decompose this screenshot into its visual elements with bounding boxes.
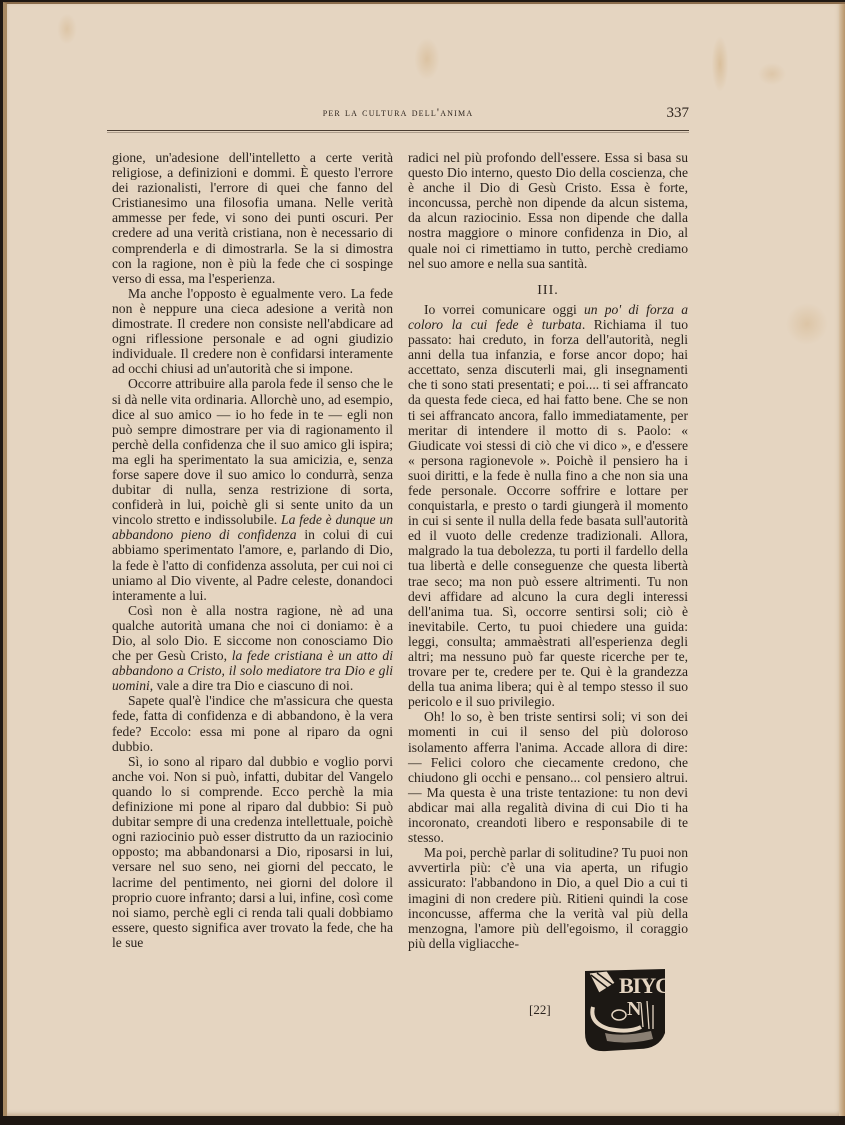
left-column: gione, un'adesione dell'intelletto a cer…	[112, 150, 393, 950]
text: , vale a dire tra Dio e ciascuno di noi.	[150, 678, 353, 693]
svg-text:N: N	[627, 998, 642, 1020]
paragraph: Sapete qual'è l'indice che m'assicura ch…	[112, 693, 393, 753]
paragraph: gione, un'adesione dell'intelletto a cer…	[112, 150, 393, 286]
svg-text:BIYG: BIYG	[619, 973, 671, 998]
text: . Richiama il tuo passato: hai creduto, …	[408, 317, 688, 709]
paragraph: Occorre attribuire alla parola fede il s…	[112, 376, 393, 602]
text: Occorre attribuire alla parola fede il s…	[112, 376, 393, 527]
text: Io vorrei comunicare oggi	[424, 302, 584, 317]
book-page: PER LA CULTURA DELL'ANIMA 337 gione, un'…	[3, 2, 845, 1116]
text: Oh! lo so, è ben triste sentirsi soli; v…	[408, 709, 688, 845]
text: Ma anche l'opposto è egualmente vero. La…	[112, 286, 393, 376]
paragraph: Ma poi, perchè parlar di solitudine? Tu …	[408, 845, 688, 951]
signature-mark: [22]	[529, 1002, 551, 1018]
text: radici nel più profondo dell'essere. Ess…	[408, 150, 688, 271]
right-column: radici nel più profondo dell'essere. Ess…	[408, 150, 688, 951]
text: Sì, io sono al riparo dal dubbio e vogli…	[112, 754, 393, 950]
right-column-after-section: Io vorrei comunicare oggi un po' di forz…	[408, 302, 688, 951]
paragraph: Ma anche l'opposto è egualmente vero. La…	[112, 286, 393, 377]
page-number: 337	[667, 105, 690, 122]
paragraph: radici nel più profondo dell'essere. Ess…	[408, 150, 688, 271]
text: gione, un'adesione dell'intelletto a cer…	[112, 150, 393, 286]
running-head: PER LA CULTURA DELL'ANIMA 337	[107, 107, 689, 127]
header-rule-secondary	[107, 132, 689, 133]
paragraph: Oh! lo so, è ben triste sentirsi soli; v…	[408, 709, 688, 845]
page-edge	[839, 4, 845, 1116]
text: Ma poi, perchè parlar di solitudine? Tu …	[408, 845, 688, 951]
paragraph: Sì, io sono al riparo dal dubbio e vogli…	[112, 754, 393, 950]
paragraph: Così non è alla nostra ragione, nè ad un…	[112, 603, 393, 694]
paragraph: Io vorrei comunicare oggi un po' di forz…	[408, 302, 688, 710]
text: Sapete qual'è l'indice che m'assicura ch…	[112, 693, 393, 753]
section-number: III.	[408, 283, 688, 298]
right-column-before-section: radici nel più profondo dell'essere. Ess…	[408, 150, 688, 271]
header-rule	[107, 130, 689, 131]
running-title: PER LA CULTURA DELL'ANIMA	[107, 107, 689, 119]
library-bookplate-stamp-icon: BIYG N	[579, 963, 671, 1055]
